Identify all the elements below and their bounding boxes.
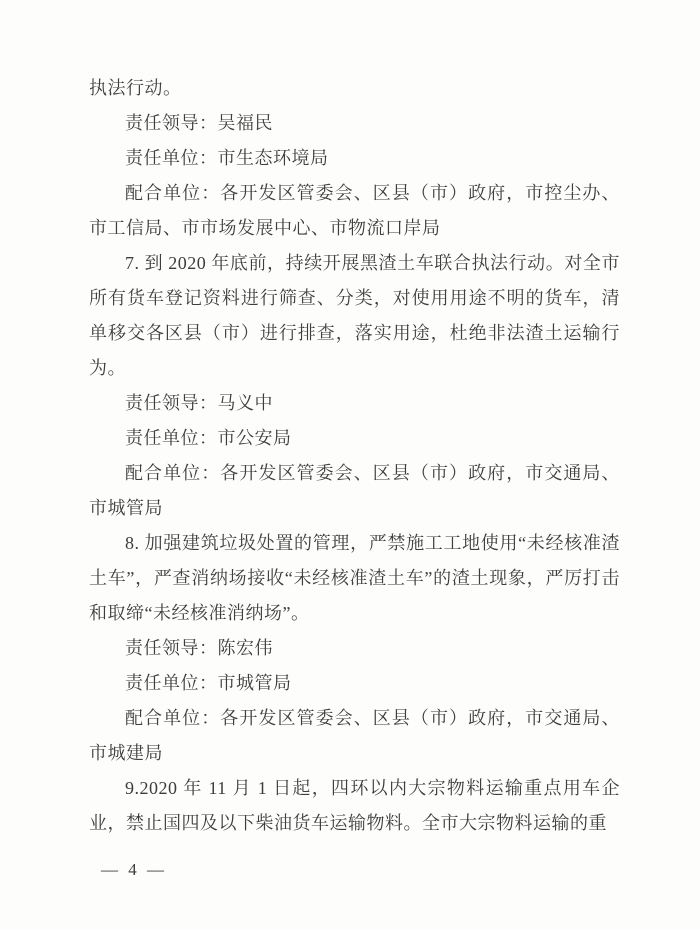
cooperating-units-line-3: 配合单位：各开发区管委会、区县（市）政府，市交通局、市城建局 — [89, 701, 620, 771]
cooperating-units-line-2: 配合单位：各开发区管委会、区县（市）政府，市交通局、市城管局 — [89, 456, 620, 526]
item-9-paragraph: 9.2020 年 11 月 1 日起，四环以内大宗物料运输重点用车企业，禁止国四… — [89, 771, 620, 841]
page-number: — 4 — — [101, 855, 167, 885]
responsible-leader-line-1: 责任领导：吴福民 — [89, 106, 620, 141]
responsible-unit-line-3: 责任单位：市城管局 — [89, 666, 620, 701]
responsible-unit-line-1: 责任单位：市生态环境局 — [89, 141, 620, 176]
document-body: 执法行动。 责任领导：吴福民 责任单位：市生态环境局 配合单位：各开发区管委会、… — [89, 71, 620, 841]
responsible-leader-line-2: 责任领导：马义中 — [89, 386, 620, 421]
item-7-paragraph: 7. 到 2020 年底前，持续开展黑渣土车联合执法行动。对全市所有货车登记资料… — [89, 246, 620, 386]
document-page: 执法行动。 责任领导：吴福民 责任单位：市生态环境局 配合单位：各开发区管委会、… — [0, 0, 700, 930]
continuation-paragraph: 执法行动。 — [89, 71, 620, 106]
responsible-unit-line-2: 责任单位：市公安局 — [89, 421, 620, 456]
cooperating-units-line-1: 配合单位：各开发区管委会、区县（市）政府，市控尘办、市工信局、市市场发展中心、市… — [89, 176, 620, 246]
item-8-paragraph: 8. 加强建筑垃圾处置的管理，严禁施工工地使用“未经核准渣土车”，严查消纳场接收… — [89, 526, 620, 631]
responsible-leader-line-3: 责任领导：陈宏伟 — [89, 631, 620, 666]
